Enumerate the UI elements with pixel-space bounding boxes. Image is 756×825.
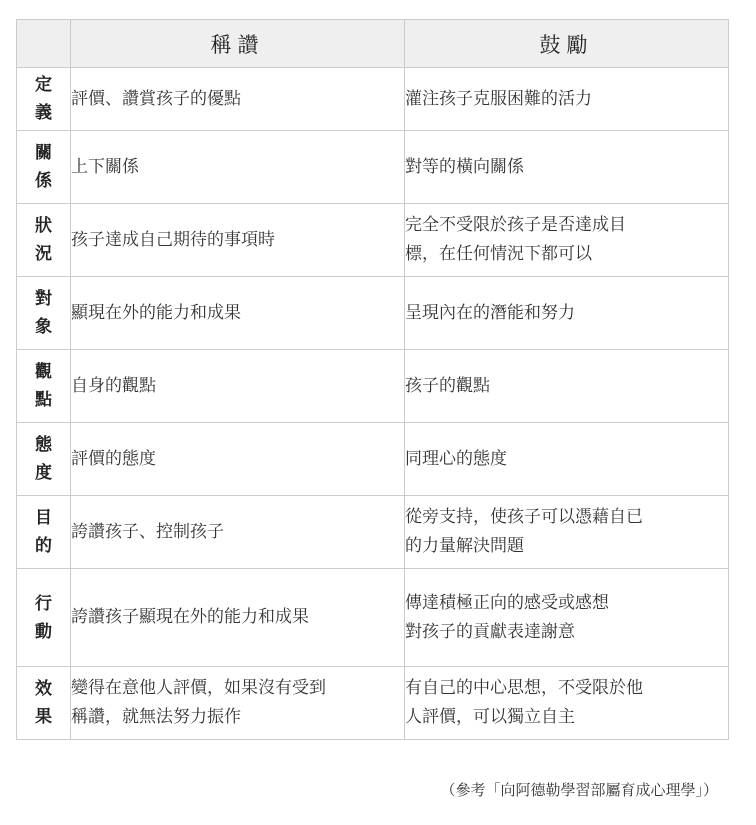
encourage-text-line: 灌注孩子克服困難的活力 — [405, 85, 728, 114]
encourage-cell: 完全不受限於孩子是否達成目標，在任何情況下都可以 — [405, 204, 729, 277]
row-label-char: 係 — [17, 167, 70, 195]
row-label: 行動 — [17, 569, 71, 667]
row-label-char: 義 — [17, 99, 70, 127]
table-row: 關係上下關係對等的橫向關係 — [17, 131, 729, 204]
row-label-char: 況 — [17, 240, 70, 268]
encourage-text-line: 呈現內在的潛能和努力 — [405, 299, 728, 328]
encourage-cell: 灌注孩子克服困難的活力 — [405, 68, 729, 131]
encourage-text-line: 從旁支持，使孩子可以憑藉自已 — [405, 503, 728, 532]
row-label-char: 觀 — [17, 358, 70, 386]
encourage-text-line: 同理心的態度 — [405, 445, 728, 474]
table-row: 目的誇讚孩子、控制孩子從旁支持，使孩子可以憑藉自已的力量解決問題 — [17, 496, 729, 569]
encourage-cell: 對等的橫向關係 — [405, 131, 729, 204]
praise-text-line: 上下關係 — [71, 153, 404, 182]
praise-text-line: 評價的態度 — [71, 445, 404, 474]
header-row: 稱讚 鼓勵 — [17, 20, 729, 68]
row-label-char: 果 — [17, 703, 70, 731]
praise-text-line: 自身的觀點 — [71, 372, 404, 401]
header-encourage: 鼓勵 — [405, 20, 729, 68]
encourage-cell: 從旁支持，使孩子可以憑藉自已的力量解決問題 — [405, 496, 729, 569]
praise-text-line: 評價、讚賞孩子的優點 — [71, 85, 404, 114]
row-label: 對象 — [17, 277, 71, 350]
row-label: 關係 — [17, 131, 71, 204]
row-label-char: 態 — [17, 431, 70, 459]
table-row: 態度評價的態度同理心的態度 — [17, 423, 729, 496]
reference-caption: （參考「向阿德勒學習部屬育成心理學」） — [440, 779, 718, 800]
encourage-text-line: 的力量解決問題 — [405, 532, 728, 561]
row-label-char: 點 — [17, 386, 70, 414]
praise-text-line: 顯現在外的能力和成果 — [71, 299, 404, 328]
table-row: 觀點自身的觀點孩子的觀點 — [17, 350, 729, 423]
encourage-text-line: 完全不受限於孩子是否達成目 — [405, 211, 728, 240]
row-label-char: 對 — [17, 285, 70, 313]
table-row: 行動誇讚孩子顯現在外的能力和成果傳達積極正向的感受或感想對孩子的貢獻表達謝意 — [17, 569, 729, 667]
row-label: 狀況 — [17, 204, 71, 277]
encourage-text-line: 孩子的觀點 — [405, 372, 728, 401]
row-label: 目的 — [17, 496, 71, 569]
praise-cell: 自身的觀點 — [71, 350, 405, 423]
row-label: 定義 — [17, 68, 71, 131]
row-label-char: 效 — [17, 675, 70, 703]
encourage-cell: 呈現內在的潛能和努力 — [405, 277, 729, 350]
header-praise: 稱讚 — [71, 20, 405, 68]
praise-text-line: 誇讚孩子、控制孩子 — [71, 518, 404, 547]
praise-cell: 誇讚孩子、控制孩子 — [71, 496, 405, 569]
table-row: 效果變得在意他人評價，如果沒有受到稱讚，就無法努力振作有自己的中心思想，不受限於… — [17, 667, 729, 740]
praise-text-line: 變得在意他人評價，如果沒有受到 — [71, 674, 404, 703]
praise-text-line: 誇讚孩子顯現在外的能力和成果 — [71, 603, 404, 632]
row-label-char: 定 — [17, 71, 70, 99]
table-row: 狀況孩子達成自己期待的事項時完全不受限於孩子是否達成目標，在任何情況下都可以 — [17, 204, 729, 277]
encourage-text-line: 人評價，可以獨立自主 — [405, 703, 728, 732]
praise-cell: 評價、讚賞孩子的優點 — [71, 68, 405, 131]
praise-cell: 評價的態度 — [71, 423, 405, 496]
encourage-text-line: 對孩子的貢獻表達謝意 — [405, 618, 728, 647]
praise-cell: 孩子達成自己期待的事項時 — [71, 204, 405, 277]
table-row: 定義評價、讚賞孩子的優點灌注孩子克服困難的活力 — [17, 68, 729, 131]
praise-cell: 顯現在外的能力和成果 — [71, 277, 405, 350]
row-label-char: 行 — [17, 590, 70, 618]
encourage-cell: 同理心的態度 — [405, 423, 729, 496]
praise-text-line: 孩子達成自己期待的事項時 — [71, 226, 404, 255]
encourage-cell: 孩子的觀點 — [405, 350, 729, 423]
encourage-text-line: 對等的橫向關係 — [405, 153, 728, 182]
comparison-table: 稱讚 鼓勵 定義評價、讚賞孩子的優點灌注孩子克服困難的活力關係上下關係對等的橫向… — [16, 19, 729, 740]
encourage-cell: 傳達積極正向的感受或感想對孩子的貢獻表達謝意 — [405, 569, 729, 667]
encourage-text-line: 標，在任何情況下都可以 — [405, 240, 728, 269]
encourage-cell: 有自己的中心思想，不受限於他人評價，可以獨立自主 — [405, 667, 729, 740]
encourage-text-line: 有自己的中心思想，不受限於他 — [405, 674, 728, 703]
row-label-char: 的 — [17, 532, 70, 560]
row-label-char: 度 — [17, 459, 70, 487]
row-label-char: 動 — [17, 618, 70, 646]
praise-cell: 誇讚孩子顯現在外的能力和成果 — [71, 569, 405, 667]
praise-cell: 上下關係 — [71, 131, 405, 204]
praise-text-line: 稱讚，就無法努力振作 — [71, 703, 404, 732]
row-label-char: 關 — [17, 139, 70, 167]
encourage-text-line: 傳達積極正向的感受或感想 — [405, 589, 728, 618]
row-label-char: 狀 — [17, 212, 70, 240]
row-label-char: 目 — [17, 504, 70, 532]
row-label: 觀點 — [17, 350, 71, 423]
header-corner — [17, 20, 71, 68]
row-label: 態度 — [17, 423, 71, 496]
praise-cell: 變得在意他人評價，如果沒有受到稱讚，就無法努力振作 — [71, 667, 405, 740]
row-label: 效果 — [17, 667, 71, 740]
table-row: 對象顯現在外的能力和成果呈現內在的潛能和努力 — [17, 277, 729, 350]
row-label-char: 象 — [17, 313, 70, 341]
